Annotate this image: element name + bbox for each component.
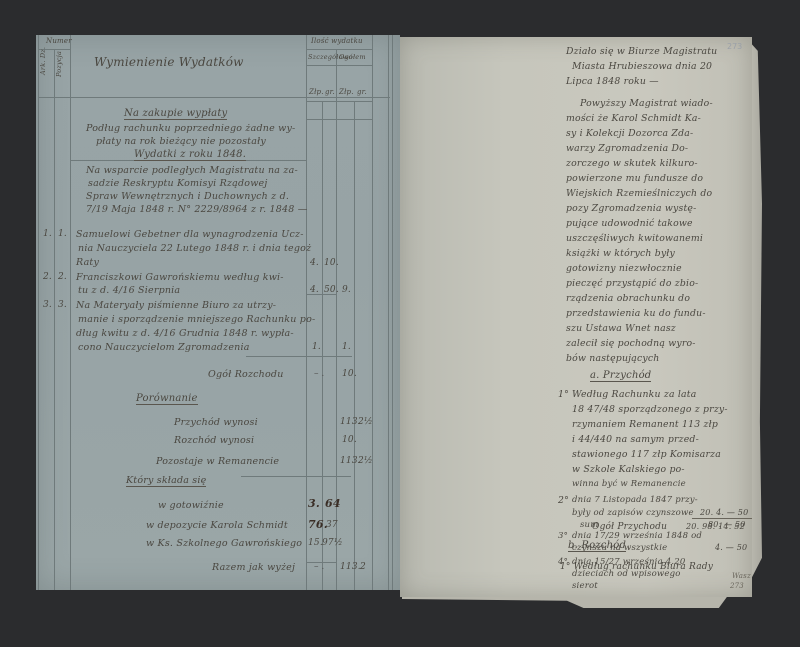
remainder-zloty: 76. [308,518,328,531]
body-line: Wiejskich Rzemieślniczych do [566,188,712,199]
authority-line: Spraw Wewnętrznych i Duchownych z d. [86,191,289,202]
rule-line [54,50,55,590]
entry-total-zloty: 1. [342,342,351,352]
rule-line [246,356,352,357]
unit-grosz-detail: gr. [325,88,335,96]
entry-line: tu z d. 4/16 Sierpnia [78,285,180,296]
body-line: zorczego w skutek kilkuro- [566,158,698,169]
entry-line: cono Nauczycielom Zgromadzenia [78,342,250,353]
body-line: książki w których były [566,248,675,259]
dateline: Działo się w Biurze Magistratu [566,46,717,57]
remainder-grosz: 64 [325,497,341,510]
page-number-stamp: 273 [727,42,742,51]
remainder-heading: Który składa się [126,475,206,487]
entry-detail-grosz: 10. [324,258,339,268]
entry-ark-number: 3. [43,300,52,310]
intro-line: Podług rachunku poprzedniego żadne wy- [86,123,295,134]
authority-line: Na wsparcie podległych Magistratu na za- [86,165,298,176]
income-line: stawionego 117 złp Komisarza [572,449,721,460]
entry-detail-zloty: 4. [310,258,319,268]
right-manuscript-page: Działo się w Biurze Magistratu Miasta Hr… [400,37,752,597]
income-line: czynszu na wszystkie [572,543,667,553]
total-column-header: Ogółem [339,53,366,61]
entry-total-zloty: 9. [342,285,351,295]
income-line: dzieciach od wpisowego [572,569,681,579]
body-line: zalecił się pochodną wyro- [566,338,696,349]
entry-detail-zloty: 1. [312,342,321,352]
comparison-label: Pozostaje w Remanencie [156,456,279,467]
body-line: warzy Zgromadzenia Do- [566,143,688,154]
rule-line [306,119,372,120]
entry-detail-zloty: 4. [310,285,319,295]
body-line: uszczęśliwych kwitowanemi [566,233,703,244]
rule-line [38,35,39,590]
authority-line: 7/19 Maja 1848 r. N° 2229/8964 z r. 1848… [86,204,307,215]
remainder-total-zloty: 113. [340,562,361,572]
entry-line: Raty [76,257,99,268]
entry-position-number: 2. [58,272,67,282]
entry-ark-number: 2. [43,272,52,282]
entry-position-number: 1. [58,229,67,239]
year-heading: Wydatki z roku 1848. [134,149,246,161]
dash-filler: – . [314,562,324,572]
comparison-zloty: 10. [342,435,357,445]
body-line: szu Ustawa Wnet nasz [566,323,676,334]
body-line: przedstawienia ku do fundu- [566,308,706,319]
section-heading: Na zakupie wypłaty [124,108,227,120]
ark-column-header: Ark. Dz. [39,47,47,75]
body-line: bów następujących [566,353,659,364]
income-line: dnia 17/29 września 1848 od [572,531,702,541]
entry-line: Na Materyały piśmienne Biuro za utrzy- [76,300,276,311]
income-line: dnia 7 Listopada 1847 przy- [572,495,698,505]
income-amount: 4. — 50 [715,543,747,552]
entry-line: manie i sporządzenie mniejszego Rachunku… [78,314,315,325]
income-line: sum [580,520,599,530]
unit-zloty-total: Złp. [339,88,354,96]
income-line: w Szkole Kalskiego po- [572,464,685,475]
remainder-label: w gotowiźnie [158,500,224,511]
entry-line: dług kwitu z d. 4/16 Grudnia 1848 r. wyp… [76,328,294,339]
remainder-label: w Ks. Szkolnego Gawrońskiego [146,538,302,549]
remainder-zloty: 3. [308,497,320,510]
body-line: pujące udowodnić takowe [566,218,693,229]
rule-line [70,35,71,590]
body-line: gotowizny niezwłocznie [566,263,682,274]
remainder-zloty: 15. [308,538,323,548]
entry-line: nia Nauczyciela 22 Lutego 1848 r. i dnia… [78,243,311,254]
comparison-grosz: 2½ [358,456,373,466]
amount-column-header: Ilość wydatku [311,37,363,45]
dateline: Miasta Hrubieszowa dnia 20 [572,61,712,72]
income-item-number: 1° [558,389,569,400]
body-line: sy i Kolekcji Dozorca Zda- [566,128,693,139]
income-amount: 80. — 50 [708,520,746,529]
rule-line [392,35,393,590]
comparison-heading: Porównanie [136,393,198,405]
dateline: Lipca 1848 roku — [566,76,659,87]
rule-line [306,65,372,66]
body-line: rządzenia obrachunku do [566,293,690,304]
income-line: rzymaniem Remanent 113 złp [572,419,718,430]
authority-line: sadzie Reskryptu Komisyi Rządowej [88,178,268,189]
rule-line [372,35,373,590]
number-column-header: Numer [46,37,72,45]
remainder-total-grosz: 2 [360,562,366,572]
income-line: 18 47/48 sporządzonego z przy- [572,404,728,415]
rule-line [322,101,323,590]
rule-line [354,101,355,590]
income-item-number: 2° [558,495,569,506]
body-line: powierzone mu fundusze do [566,173,703,184]
body-line: pieczęć przystąpić do zbio- [566,278,698,289]
body-line: Powyższy Magistrat wiado- [580,98,713,109]
income-heading: a. Przychód [590,370,651,382]
dash-filler: – . [314,369,324,379]
income-line: Według Rachunku za lata [572,389,696,400]
income-item-number: 4° [558,557,568,567]
income-line: dnia 15/27 września 4.20 [572,557,686,567]
position-column-header: Pozycja [55,51,63,77]
unit-grosz-total: gr. [357,88,367,96]
ledger-title: Wymienienie Wydatków [94,55,244,69]
intro-line: płaty na rok bieżący nie pozostały [96,136,266,147]
comparison-grosz: 2½ [358,417,373,427]
entry-line: Franciszkowi Gawrońskiemu według kwi- [76,272,284,283]
income-item-number: 3° [558,531,568,541]
total-expenses-value: 10. [342,369,357,379]
entry-ark-number: 1. [43,229,52,239]
left-ledger-page: Numer Ark. Dz. Pozycja Wymienienie Wydat… [36,35,400,590]
body-line: mości że Karol Schmidt Ka- [566,113,701,124]
rule-line [306,101,372,102]
income-line: były od zapisów czynszowe [572,508,694,518]
rule-line [241,476,351,477]
body-line: pozy Zgromadzenia wystę- [566,203,696,214]
comparison-label: Przychód wynosi [174,417,258,428]
rule-line [388,35,389,590]
entry-position-number: 3. [58,300,67,310]
remainder-grosz: 97½ [322,538,343,548]
entry-detail-grosz: 50. [324,285,339,295]
unit-zloty-detail: Złp. [309,88,324,96]
remainder-grosz: 37 [326,520,338,530]
income-line: i 44/440 na samym przed- [572,434,699,445]
income-line: winna być w Remanencie [572,479,686,489]
income-line: sierot [572,581,598,591]
comparison-label: Rozchód wynosi [174,435,254,446]
total-expenses-label: Ogół Rozchodu [208,369,284,380]
remainder-label: w depozycie Karola Schmidt [146,520,288,531]
remainder-total-label: Razem jak wyżej [212,562,295,573]
entry-line: Samuelowi Gebetner dla wynagrodzenia Ucz… [76,229,304,240]
rule-line [38,97,390,98]
rule-line [306,49,372,50]
